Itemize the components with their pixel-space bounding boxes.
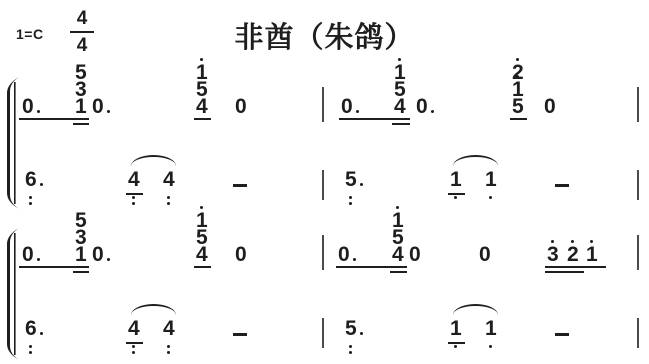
- rest-digit: 0: [22, 98, 34, 116]
- beam-line: [126, 342, 143, 344]
- augmentation-dot: [40, 332, 43, 335]
- octave-down-dot: [29, 202, 32, 205]
- note-digit: 1: [586, 246, 598, 264]
- octave-down-dot: [167, 345, 170, 348]
- augmentation-dot: [356, 110, 359, 113]
- octave-up-dot: [200, 58, 203, 61]
- augmentation-dot: [37, 110, 40, 113]
- chord-note: 1: [392, 212, 404, 230]
- octave-up-dot: [398, 58, 401, 61]
- octave-up-dot: [200, 206, 203, 209]
- octave-down-dot: [349, 351, 352, 354]
- barline: [322, 87, 324, 122]
- beam-line: [392, 123, 410, 125]
- note-digit: 4: [163, 171, 175, 189]
- rest-digit: 0: [22, 246, 34, 264]
- barline: [637, 318, 639, 348]
- augmentation-dot: [353, 258, 356, 261]
- rest-digit: 0: [235, 98, 247, 116]
- beam-line: [194, 118, 211, 120]
- octave-down-dot: [29, 351, 32, 354]
- rest-digit: 0: [409, 246, 421, 264]
- note-digit: 1: [450, 320, 462, 338]
- beam-line: [545, 271, 584, 273]
- barline: [322, 235, 324, 270]
- note-digit: 6: [25, 320, 37, 338]
- octave-up-dot: [516, 58, 519, 61]
- octave-up-dot: [396, 206, 399, 209]
- note-digit: 5: [345, 171, 357, 189]
- octave-down-dot: [489, 345, 492, 348]
- sheet-music-page: 1=C 4 4 非酋（朱鸽） 0135045100451051206445110…: [0, 0, 649, 364]
- rest-digit: 0: [544, 98, 556, 116]
- beam-line: [73, 271, 89, 273]
- note-digit: 3: [547, 246, 559, 264]
- beam-line: [448, 193, 465, 195]
- octave-down-dot: [489, 196, 492, 199]
- duration-dash: [233, 333, 247, 336]
- rest-digit: 0: [338, 246, 350, 264]
- system-bracket: [3, 228, 21, 364]
- augmentation-dot: [107, 110, 110, 113]
- octave-down-dot: [167, 196, 170, 199]
- note-digit: 4: [128, 320, 140, 338]
- augmentation-dot: [360, 183, 363, 186]
- rest-digit: 0: [235, 246, 247, 264]
- note-digit: 1: [450, 171, 462, 189]
- octave-down-dot: [167, 351, 170, 354]
- beam-line: [73, 123, 89, 125]
- chord-note: 2: [512, 64, 524, 82]
- rest-digit: 0: [341, 98, 353, 116]
- octave-up-dot: [571, 240, 574, 243]
- beam-line: [126, 193, 143, 195]
- barline: [637, 170, 639, 200]
- beam-line: [448, 342, 465, 344]
- chord-note: 1: [196, 64, 208, 82]
- note-digit: 1: [485, 320, 497, 338]
- octave-down-dot: [454, 345, 457, 348]
- rest-digit: 0: [92, 246, 104, 264]
- octave-down-dot: [29, 345, 32, 348]
- rest-digit: 0: [479, 246, 491, 264]
- octave-down-dot: [29, 196, 32, 199]
- octave-down-dot: [349, 345, 352, 348]
- barline: [322, 170, 324, 200]
- tie-arc: [453, 304, 498, 315]
- octave-down-dot: [132, 202, 135, 205]
- beam-line: [545, 266, 606, 268]
- tie-arc: [131, 155, 176, 166]
- duration-dash: [555, 184, 569, 187]
- note-digit: 4: [163, 320, 175, 338]
- augmentation-dot: [37, 258, 40, 261]
- beam-line: [194, 266, 211, 268]
- octave-up-dot: [551, 240, 554, 243]
- duration-dash: [555, 333, 569, 336]
- note-digit: 5: [345, 320, 357, 338]
- beam-line: [510, 118, 527, 120]
- beam-line: [19, 118, 89, 120]
- chord-note: 1: [196, 212, 208, 230]
- augmentation-dot: [107, 258, 110, 261]
- note-digit: 4: [128, 171, 140, 189]
- barline: [637, 87, 639, 122]
- tie-arc: [453, 155, 498, 166]
- beam-line: [19, 266, 89, 268]
- barline: [637, 235, 639, 270]
- octave-down-dot: [167, 202, 170, 205]
- octave-down-dot: [454, 196, 457, 199]
- tie-arc: [131, 304, 176, 315]
- octave-down-dot: [132, 196, 135, 199]
- beam-line: [336, 266, 407, 268]
- barline: [322, 318, 324, 348]
- rest-digit: 0: [92, 98, 104, 116]
- system-bracket: [3, 77, 21, 214]
- octave-up-dot: [590, 240, 593, 243]
- song-title: 非酋（朱鸽）: [0, 15, 649, 56]
- beam-line: [339, 118, 410, 120]
- note-digit: 2: [567, 246, 579, 264]
- augmentation-dot: [40, 183, 43, 186]
- octave-down-dot: [349, 202, 352, 205]
- augmentation-dot: [360, 332, 363, 335]
- note-digit: 1: [485, 171, 497, 189]
- duration-dash: [233, 184, 247, 187]
- chord-note: 1: [394, 64, 406, 82]
- chord-note: 5: [75, 212, 87, 230]
- rest-digit: 0: [416, 98, 428, 116]
- note-digit: 6: [25, 171, 37, 189]
- augmentation-dot: [431, 110, 434, 113]
- octave-down-dot: [349, 196, 352, 199]
- octave-down-dot: [132, 345, 135, 348]
- chord-note: 5: [75, 64, 87, 82]
- beam-line: [390, 271, 407, 273]
- octave-down-dot: [132, 351, 135, 354]
